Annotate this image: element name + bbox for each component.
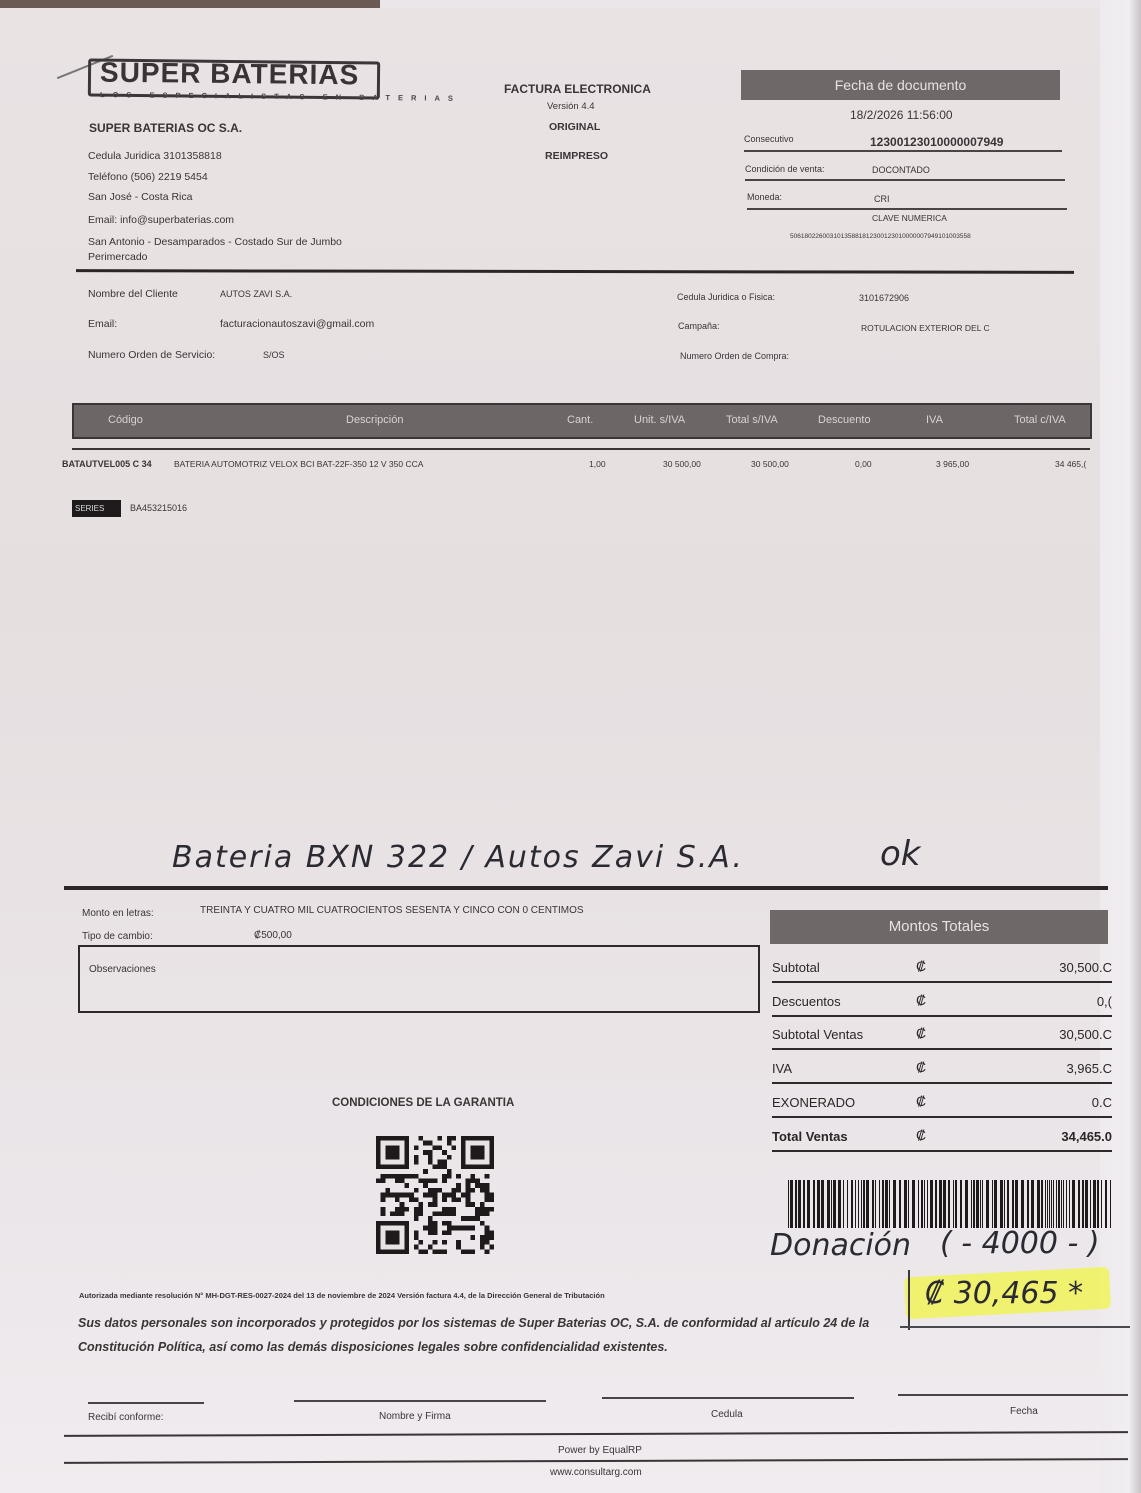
totals-label: Total Ventas xyxy=(772,1129,848,1144)
totals-row: Subtotal₡30,500.C xyxy=(772,950,1112,983)
document-date: 18/2/2026 11:56:00 xyxy=(850,108,953,122)
website: www.consultarg.com xyxy=(550,1467,642,1478)
items-table-header: Código Descripción Cant. Unit. s/IVA Tot… xyxy=(72,403,1092,439)
colon-currency-icon: ₡ xyxy=(916,1059,926,1075)
colon-currency-icon: ₡ xyxy=(916,992,926,1008)
col-unit: Unit. s/IVA xyxy=(634,414,685,426)
colon-currency-icon: ₡ xyxy=(916,1093,926,1109)
handwritten-underline xyxy=(900,1326,1130,1328)
table-divider xyxy=(72,448,1090,450)
consecutivo-value: 12300123010000007949 xyxy=(870,135,1003,149)
sig-received-label: Recibí conforme: xyxy=(88,1412,164,1423)
warranty-title: CONDICIONES DE LA GARANTIA xyxy=(332,1097,514,1109)
sig-name-label: Nombre y Firma xyxy=(379,1411,451,1422)
totals-label: Descuentos xyxy=(772,994,841,1009)
item-descripcion: BATERIA AUTOMOTRIZ VELOX BCI BAT-22F-350… xyxy=(174,459,423,469)
invoice-page xyxy=(0,8,1128,1493)
sig-date-label: Fecha xyxy=(1010,1406,1038,1417)
totals-value: 30,500.C xyxy=(1059,960,1112,975)
totals-row: EXONERADO₡0.C xyxy=(772,1085,1112,1118)
colon-currency-icon: ₡ xyxy=(916,1025,926,1041)
condicion-value: DOCONTADO xyxy=(872,165,930,175)
col-total-con-iva: Total c/IVA xyxy=(1014,414,1066,426)
divider xyxy=(772,1150,1112,1152)
totals-value: 0,( xyxy=(1097,994,1112,1009)
company-email: Email: info@superbaterias.com xyxy=(88,214,234,226)
handwritten-check: ok xyxy=(880,834,921,874)
totals-label: IVA xyxy=(772,1061,792,1076)
totals-value: 0.C xyxy=(1092,1095,1112,1110)
handwritten-donation-amount: ( - 4000 - ) xyxy=(940,1226,1100,1261)
client-name: AUTOS ZAVI S.A. xyxy=(220,289,292,299)
client-id: 3101672906 xyxy=(859,293,909,303)
campaign-value: ROTULACION EXTERIOR DEL C xyxy=(861,323,990,333)
item-total-sin-iva: 30 500,00 xyxy=(751,459,789,469)
service-order-label: Numero Orden de Servicio: xyxy=(88,349,215,361)
date-header: Fecha de documento xyxy=(741,70,1060,100)
document-type: FACTURA ELECTRONICA xyxy=(504,82,651,96)
col-total-sin-iva: Total s/IVA xyxy=(726,414,778,426)
divider xyxy=(744,150,1062,152)
company-location: San José - Costa Rica xyxy=(88,191,192,203)
divider xyxy=(772,981,1112,983)
purchase-order-label: Numero Orden de Compra: xyxy=(680,351,789,361)
company-legal-name: SUPER BATERIAS OC S.A. xyxy=(89,121,242,135)
sig-cedula-label: Cedula xyxy=(711,1409,743,1420)
campaign-label: Campaña: xyxy=(678,321,720,331)
notes-divider xyxy=(64,886,1108,890)
client-id-label: Cedula Juridica o Fisica: xyxy=(677,292,775,302)
totals-value: 3,965.C xyxy=(1066,1061,1112,1076)
col-codigo: Código xyxy=(108,414,143,426)
divider xyxy=(747,208,1067,210)
privacy-text-2: Constitución Política, así como las demá… xyxy=(78,1340,668,1354)
item-unit: 30 500,00 xyxy=(663,459,701,469)
company-address: San Antonio - Desamparados - Costado Sur… xyxy=(88,236,342,248)
observations-box: Observaciones xyxy=(78,945,760,1013)
document-reprint: REIMPRESO xyxy=(545,150,608,162)
colon-currency-icon: ₡ xyxy=(916,1127,926,1143)
sig-line-received xyxy=(88,1402,204,1404)
moneda-label: Moneda: xyxy=(747,192,782,202)
totals-value: 30,500.C xyxy=(1059,1027,1112,1042)
totals-label: EXONERADO xyxy=(772,1095,855,1110)
sig-line-date xyxy=(898,1394,1128,1396)
observations-label: Observaciones xyxy=(89,964,156,975)
authorization-text: Autorizada mediante resolución N° MH-DGT… xyxy=(79,1291,605,1300)
col-descuento: Descuento xyxy=(818,414,871,426)
document-copy: ORIGINAL xyxy=(549,121,600,133)
client-email-label: Email: xyxy=(88,318,117,330)
totals-value: 34,465.0 xyxy=(1061,1129,1112,1144)
exchange-label: Tipo de cambio: xyxy=(82,931,153,942)
handwritten-box-left xyxy=(908,1270,910,1330)
handwritten-final-amount: ₡ 30,465 * xyxy=(925,1276,1083,1311)
sig-line-name xyxy=(294,1400,546,1402)
consecutivo-label: Consecutivo xyxy=(744,134,794,144)
totals-label: Subtotal Ventas xyxy=(772,1027,863,1042)
totals-row: Total Ventas₡34,465.0 xyxy=(772,1119,1112,1152)
company-cedula: Cedula Juridica 3101358818 xyxy=(88,150,222,162)
totals-row: Subtotal Ventas₡30,500.C xyxy=(772,1017,1112,1050)
totals-row: IVA₡3,965.C xyxy=(772,1051,1112,1084)
company-logo: SUPER BATERIAS xyxy=(100,57,360,92)
condicion-label: Condición de venta: xyxy=(745,164,825,174)
handwritten-donation-label: Donación xyxy=(770,1228,911,1263)
amount-words: TREINTA Y CUATRO MIL CUATROCIENTOS SESEN… xyxy=(200,905,584,916)
totals-row: Descuentos₡0,( xyxy=(772,984,1112,1017)
clave-label: CLAVE NUMERICA xyxy=(872,213,947,223)
col-descripcion: Descripción xyxy=(346,414,403,426)
divider xyxy=(772,1116,1112,1118)
sig-line-cedula xyxy=(602,1397,854,1399)
col-iva: IVA xyxy=(926,414,943,426)
item-cant: 1,00 xyxy=(589,459,606,469)
exchange-value: ₡500,00 xyxy=(254,930,292,941)
item-total-con-iva: 34 465,( xyxy=(1055,459,1086,469)
amount-words-label: Monto en letras: xyxy=(82,908,154,919)
totals-label: Subtotal xyxy=(772,960,820,975)
totals-header: Montos Totales xyxy=(770,910,1108,944)
moneda-value: CRI xyxy=(874,194,890,204)
document-version: Versión 4.4 xyxy=(547,101,595,112)
powered-by: Power by EqualRP xyxy=(558,1445,642,1456)
item-iva: 3 965,00 xyxy=(936,459,969,469)
service-order-value: S/OS xyxy=(263,350,285,360)
company-phone: Teléfono (506) 2219 5454 xyxy=(88,171,208,183)
item-descuento: 0,00 xyxy=(855,459,872,469)
divider xyxy=(772,1082,1112,1084)
clave-value: 5061802260031013588181230012301000000794… xyxy=(790,233,971,240)
colon-currency-icon: ₡ xyxy=(916,958,926,974)
series-value: BA453215016 xyxy=(130,503,187,513)
divider xyxy=(772,1048,1112,1050)
client-email: facturacionautoszavi@gmail.com xyxy=(220,318,374,330)
client-name-label: Nombre del Cliente xyxy=(88,288,178,300)
barcode xyxy=(788,1180,1113,1228)
series-badge: SERIES xyxy=(72,500,121,517)
privacy-text-1: Sus datos personales son incorporados y … xyxy=(78,1316,869,1330)
company-address-2: Perimercado xyxy=(88,251,148,263)
qr-code xyxy=(376,1131,494,1259)
divider xyxy=(745,179,1065,181)
handwritten-note: Bateria BXN 322 / Autos Zavi S.A. xyxy=(172,840,744,875)
col-cant: Cant. xyxy=(567,414,593,426)
item-codigo: BATAUTVEL005 C 34 xyxy=(62,459,152,469)
